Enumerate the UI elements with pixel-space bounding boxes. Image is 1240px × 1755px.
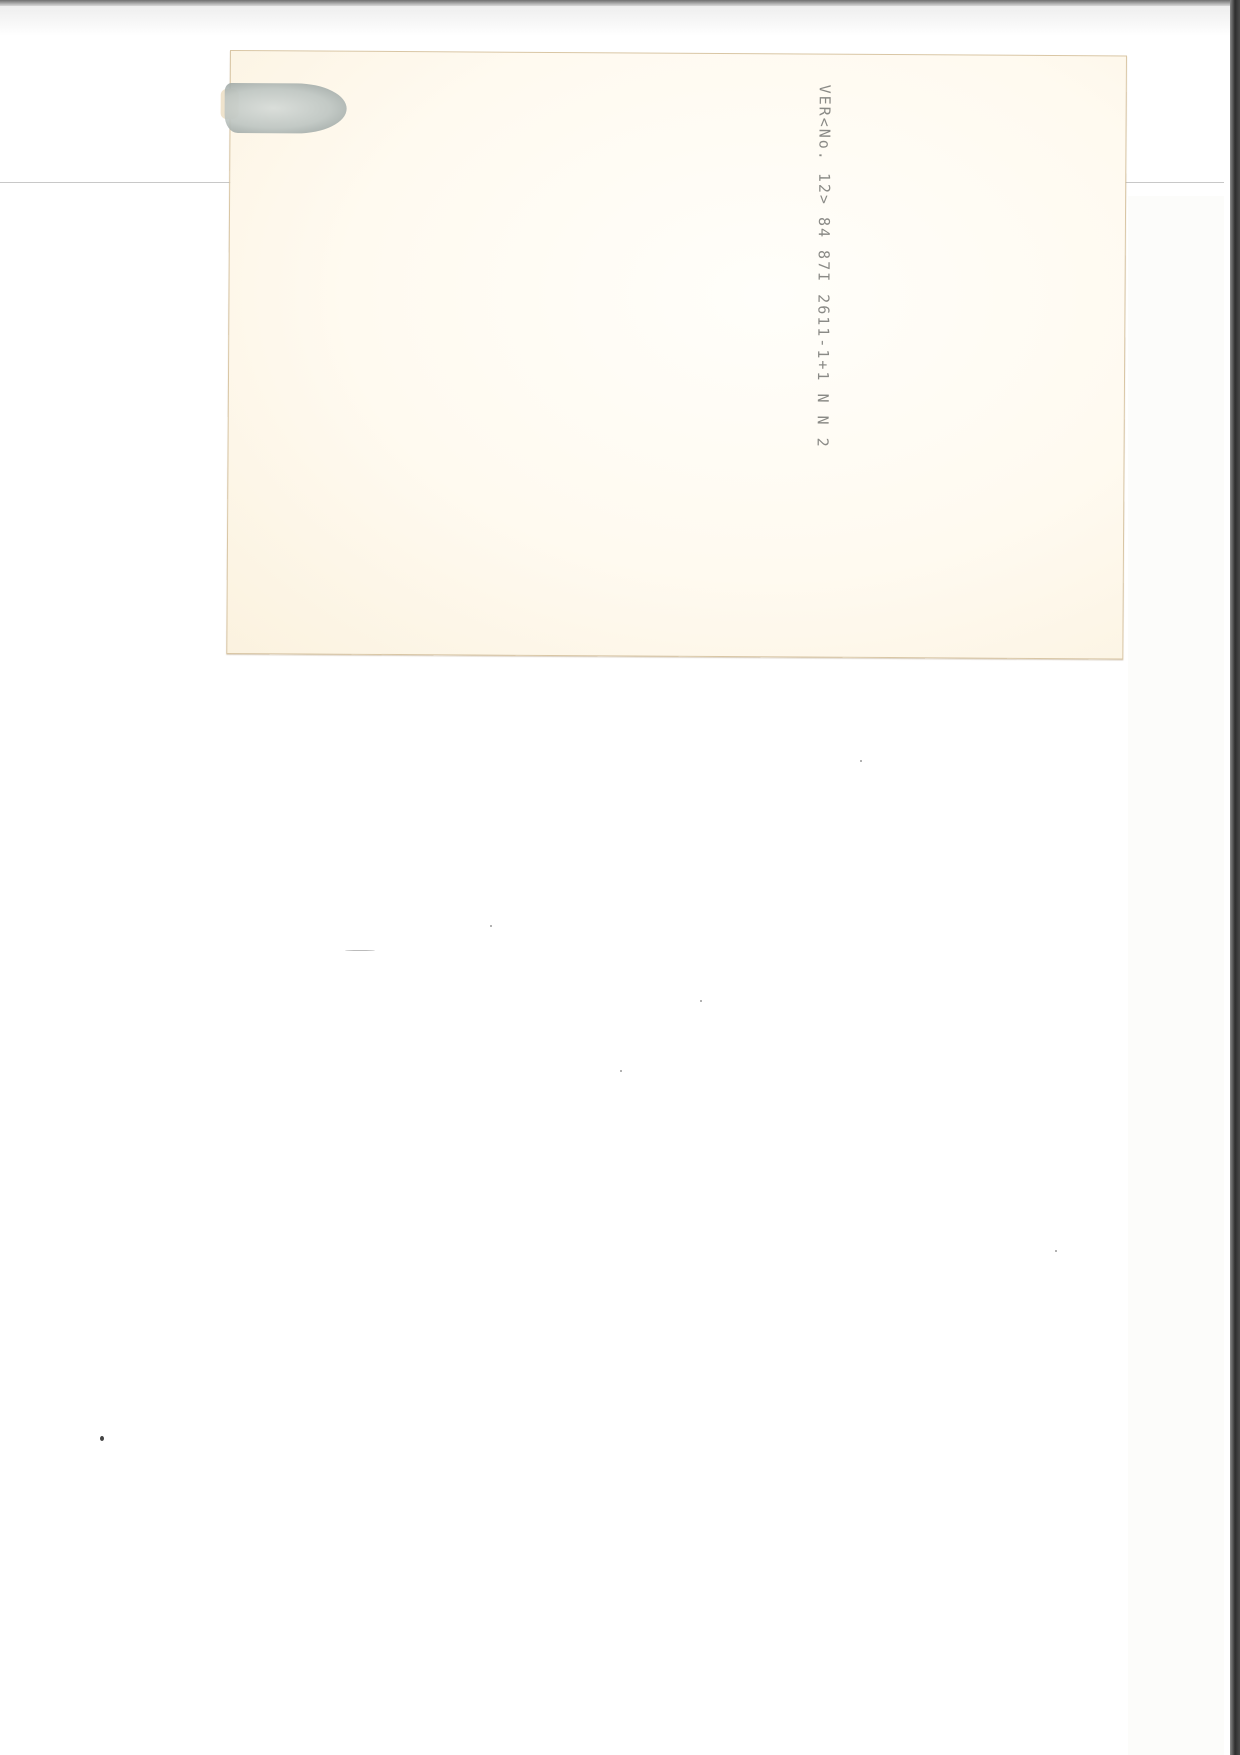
scanned-page: VER<No. 12> 84 87I 2611-1+1 N N 2 bbox=[0, 0, 1240, 1755]
underlying-paper-strip bbox=[1128, 196, 1224, 1755]
lab-stamp-text: VER<No. 12> 84 87I 2611-1+1 N N 2 bbox=[814, 85, 834, 449]
dust-speck bbox=[700, 1000, 702, 1002]
glue-stain bbox=[224, 83, 346, 134]
dust-speck bbox=[100, 1436, 104, 1441]
scanner-right-edge bbox=[1230, 0, 1240, 1755]
scanner-sheen bbox=[0, 6, 1230, 36]
dust-speck bbox=[860, 760, 862, 762]
dust-streak bbox=[345, 950, 375, 951]
dust-speck bbox=[490, 925, 492, 927]
dust-speck bbox=[1055, 1250, 1057, 1252]
dust-speck bbox=[620, 1070, 622, 1072]
photo-back-card: VER<No. 12> 84 87I 2611-1+1 N N 2 bbox=[226, 50, 1127, 659]
